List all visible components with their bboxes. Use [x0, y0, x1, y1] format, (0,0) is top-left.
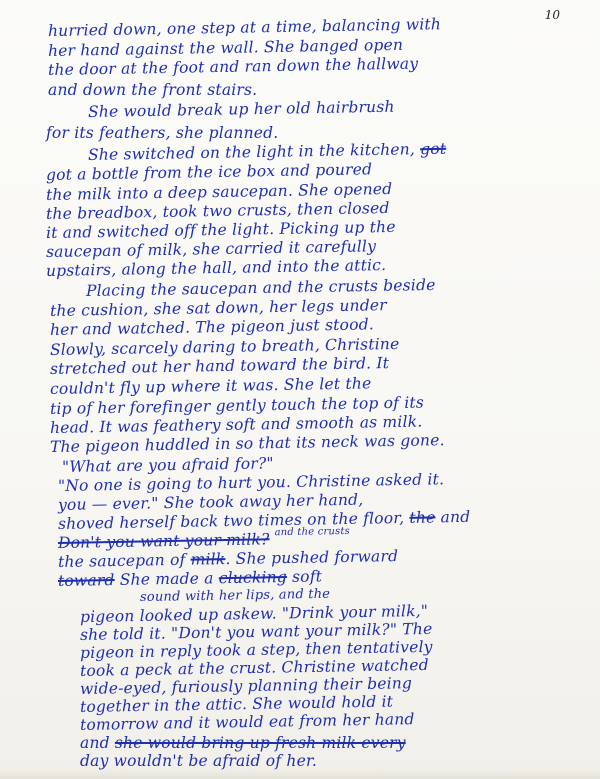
line-text: She made a: [120, 569, 214, 589]
text-line: and she would bring up fresh milk every: [80, 734, 406, 752]
line-text: you — ever.": [58, 494, 159, 514]
struck-text: clucking: [219, 568, 287, 587]
line-text: and: [440, 508, 470, 527]
inserted-text: and the crusts: [274, 526, 350, 538]
line-text: soft: [292, 567, 322, 586]
line-text: She took away her hand,: [164, 491, 364, 512]
line-text: and: [80, 734, 110, 752]
text-line: for its feathers, she planned.: [46, 124, 278, 142]
struck-text: milk: [190, 550, 225, 569]
line-text: Christine asked it.: [296, 470, 444, 491]
text-line: "What are you afraid for?": [62, 454, 274, 476]
struck-text: toward: [58, 571, 115, 590]
struck-text: the: [409, 508, 435, 526]
text-line: and down the front stairs.: [48, 81, 257, 99]
line-text: wouldn't be afraid of her.: [114, 752, 317, 770]
struck-text: got: [420, 140, 446, 158]
struck-text: she would bring up fresh milk every: [115, 734, 406, 752]
line-text: . She pushed forward: [225, 547, 398, 568]
line-text: day: [80, 752, 109, 770]
page-number: 10: [545, 8, 560, 22]
struck-text: Don't you want your milk?: [58, 530, 270, 552]
line-text: the saucepan of: [58, 551, 186, 571]
text-line: She switched on the light in the kitchen…: [88, 140, 447, 164]
manuscript-page: 10 hurried down, one step at a time, bal…: [0, 0, 600, 779]
text-line: day wouldn't be afraid of her.: [80, 752, 317, 770]
paper-edge: [0, 769, 600, 779]
text-line: sound with her lips, and the: [140, 587, 330, 605]
text-line: She would break up her old hairbrush: [88, 98, 395, 121]
